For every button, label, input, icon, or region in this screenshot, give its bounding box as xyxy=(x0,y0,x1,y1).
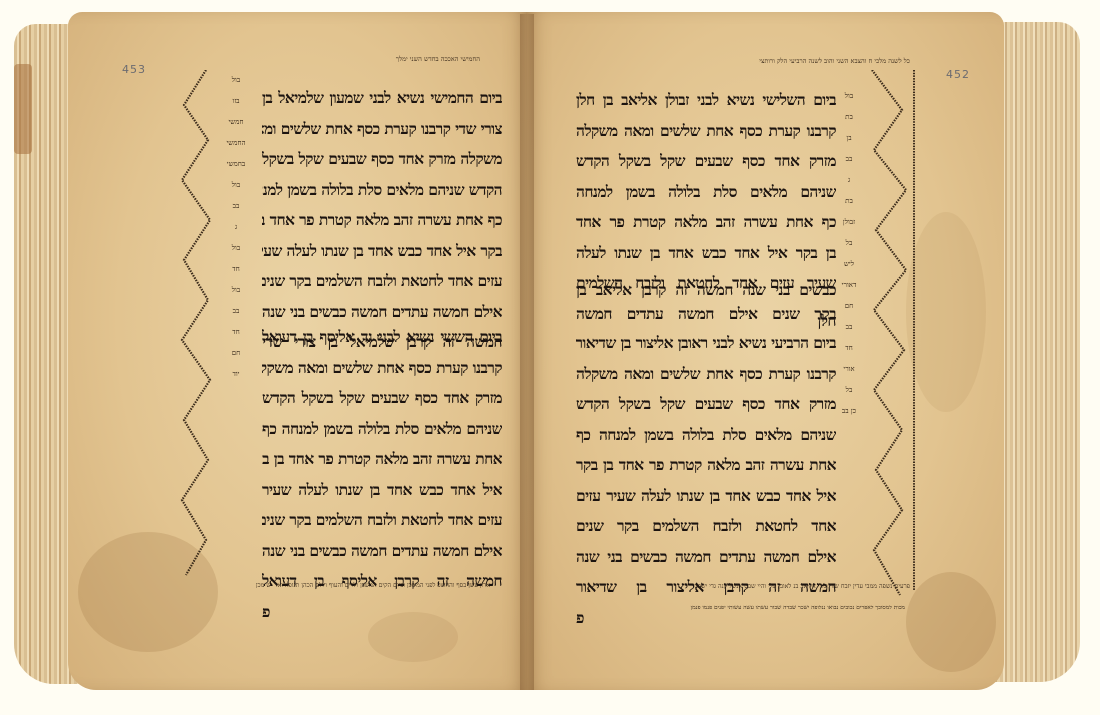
text-line: אחת עשרה זהב מלאה קטרת פר אחד בן בקר xyxy=(262,444,502,475)
text-line: כף אחת עשרה זהב מלאה קטרת פר אחד xyxy=(576,207,836,238)
text-line: ביום הרביעי נשיא לבני ראובן אליצור בן שד… xyxy=(576,328,836,359)
text-line: מזרק אחד כסף שבעים שקל בשקל הקדש xyxy=(576,389,836,420)
text-line: ביום החמישי נשיא לבני שמעון שלמיאל בן xyxy=(262,83,502,114)
text-line: אחת עשרה זהב מלאה קטרת פר אחד בן בקר xyxy=(576,450,836,481)
text-line: הקדש שניהם מלאים סלת בלולה בשמן למנחה xyxy=(262,175,502,206)
text-line: צורי שדי קרבנו קערת כסף אחת שלשים ומאה xyxy=(262,114,502,145)
margin-notes-right: בולבת בןבב גבת זבולןבל לישדאורי חםבב חדא… xyxy=(834,86,864,422)
left-text-block-1: ביום החמישי נשיא לבני שמעון שלמיאל בן צו… xyxy=(262,83,502,358)
running-header-right: כל לשנה מלכי ח והצבא השני והוב לשנה הרבי… xyxy=(590,57,910,65)
text-line: בקר איל אחד כבש אחד בן שנתו לעלה שעיר xyxy=(262,236,502,267)
text-line: אחד לחטאת ולזבח השלמים בקר שנים xyxy=(576,511,836,542)
text-line: איל אחד כבש אחד בן שנתו לעלה שעיר xyxy=(262,475,502,506)
text-line: מזרק אחד כסף שבעים שקל בשקל הקדש xyxy=(576,146,836,177)
text-line: מזרק אחד כסף שבעים שקל בשקל הקדש xyxy=(262,383,502,414)
micrography-zigzag-right xyxy=(862,70,922,600)
text-line: קרבנו קערת כסף אחת שלשים ומאה משקלה xyxy=(576,359,836,390)
text-line: כבשים בני שנה חמשה זה קרבן אליאב בן xyxy=(576,275,836,306)
masora-bottom-left: ארון עשן בסף והחוצכ לפני המשכן וביום הקי… xyxy=(190,582,490,589)
text-line: עזים אחד לחטאת ולזבח השלמים בקר שנים xyxy=(262,505,502,536)
text-line: משקלה מזרק אחד כסף שבעים שקל בשקל xyxy=(262,144,502,175)
folio-number-right: 452 xyxy=(946,68,970,81)
text-line: ביום השלישי נשיא לבני זבולן אליאב בן חלן xyxy=(576,85,836,116)
micrography-zigzag-left xyxy=(176,70,226,580)
running-header-left: החמישי האככה בחדש השני ימלך xyxy=(190,55,480,63)
text-line: קרבנו קערת כסף אחת שלשים ומאה משקלה xyxy=(576,116,836,147)
text-line: אילם חמשה עתדים חמשה כבשים בני שנה xyxy=(576,542,836,573)
text-line: שניהם מלאים סלת בלולה בשמן למנחה כף xyxy=(262,414,502,445)
binding-gutter xyxy=(520,14,534,690)
text-line: כף אחת עשרה זהב מלאה קטרת פר אחד בן xyxy=(262,205,502,236)
open-manuscript: 453 452 החמישי האככה בחדש השני ימלך כל ל… xyxy=(0,0,1100,715)
text-line: בן בקר איל אחד כבש אחד בן שנתו לעלה xyxy=(576,238,836,269)
margin-notes-left: בולבזו חמשיהחמשי בחמשיבול בבג בולחד בולב… xyxy=(222,70,250,385)
petucha-mark: פ xyxy=(262,597,502,628)
masora-bottom-right-line-1: פרעים נשפה ממבי עדין יזבח שור ומרי אליאב… xyxy=(580,583,910,590)
text-line: שניהם מלאים סלת בלולה בשמן למנחה כף xyxy=(576,420,836,451)
folio-number-left: 453 xyxy=(122,63,146,76)
masora-bottom-right-line-2: מכות למסוכך לאפרים נכובים נבואו ננלופה י… xyxy=(560,605,905,611)
text-line: עזים אחד לחטאת ולזבח השלמים בקר שנים xyxy=(262,266,502,297)
text-line: ביום הששי נשיא לבני גד אליסף בן דעואל xyxy=(262,322,502,353)
right-text-block-1-end: כבשים בני שנה חמשה זה קרבן אליאב בן חלן xyxy=(576,275,836,336)
text-line: קרבנו קערת כסף אחת שלשים ומאה משקלה xyxy=(262,353,502,384)
text-line: שניהם מלאים סלת בלולה בשמן למנחה xyxy=(576,177,836,208)
text-line: אילם חמשה עתדים חמשה כבשים בני שנה xyxy=(262,536,502,567)
text-line: איל אחד כבש אחד בן שנתו לעלה שעיר עזים xyxy=(576,481,836,512)
